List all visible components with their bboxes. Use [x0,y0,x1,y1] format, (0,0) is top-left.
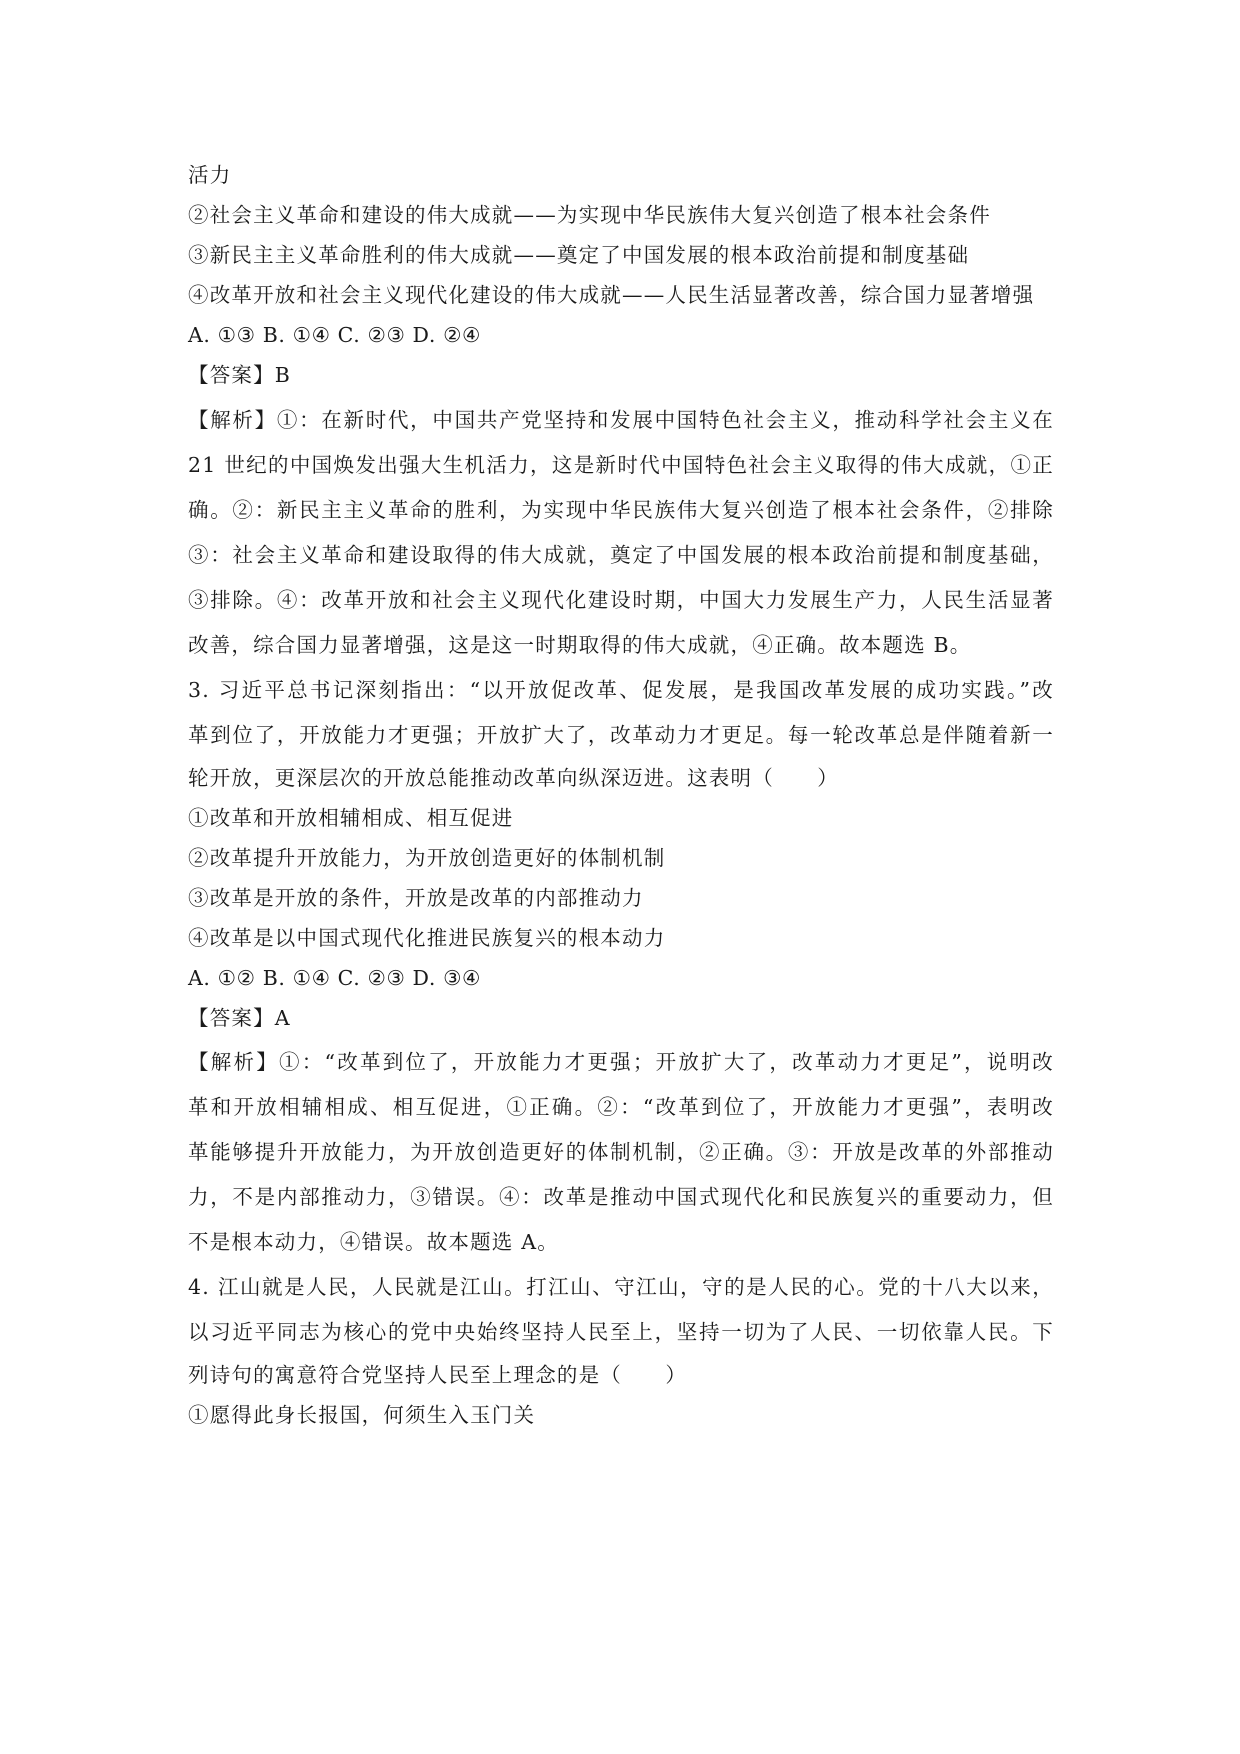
text-line: 改善，综合国力显著增强，这是这一时期取得的伟大成就，④正确。故本题选 B。 [188,631,1054,659]
text-line: ③新民主主义革命胜利的伟大成就——奠定了中国发展的根本政治前提和制度基础 [188,241,1054,269]
text-line: ③改革是开放的条件，开放是改革的内部推动力 [188,884,1054,912]
document-page: 活力②社会主义革命和建设的伟大成就——为实现中华民族伟大复兴创造了根本社会条件③… [0,0,1240,1754]
text-line: 力，不是内部推动力，③错误。④：改革是推动中国式现代化和民族复兴的重要动力，但 [188,1183,1054,1211]
text-line: 不是根本动力，④错误。故本题选 A。 [188,1228,1054,1256]
text-line: 活力 [188,161,1054,189]
text-line: A. ①③ B. ①④ C. ②③ D. ②④ [188,321,1054,349]
text-line: ③排除。④：改革开放和社会主义现代化建设时期，中国大力发展生产力，人民生活显著 [188,586,1054,614]
text-line: 【解析】①：“改革到位了，开放能力才更强；开放扩大了，改革动力才更足”，说明改 [188,1048,1054,1076]
text-line: A. ①② B. ①④ C. ②③ D. ③④ [188,964,1054,992]
text-line: ③：社会主义革命和建设取得的伟大成就，奠定了中国发展的根本政治前提和制度基础， [188,541,1054,569]
text-line: ②改革提升开放能力，为开放创造更好的体制机制 [188,844,1054,872]
text-line: ④改革是以中国式现代化推进民族复兴的根本动力 [188,924,1054,952]
text-line: ④改革开放和社会主义现代化建设的伟大成就——人民生活显著改善，综合国力显著增强 [188,281,1054,309]
text-line: 【答案】B [188,361,1054,389]
text-line: 确。②：新民主主义革命的胜利，为实现中华民族伟大复兴创造了根本社会条件，②排除 [188,496,1054,524]
text-line: 轮开放，更深层次的开放总能推动改革向纵深迈进。这表明（ ） [188,764,1054,792]
text-line: 以习近平同志为核心的党中央始终坚持人民至上，坚持一切为了人民、一切依靠人民。下 [188,1318,1054,1346]
text-line: 4. 江山就是人民，人民就是江山。打江山、守江山，守的是人民的心。党的十八大以来… [188,1273,1054,1301]
text-line: 3. 习近平总书记深刻指出：“以开放促改革、促发展，是我国改革发展的成功实践。”… [188,676,1054,704]
text-line: 【解析】①：在新时代，中国共产党坚持和发展中国特色社会主义，推动科学社会主义在 [188,406,1054,434]
text-line: ②社会主义革命和建设的伟大成就——为实现中华民族伟大复兴创造了根本社会条件 [188,201,1054,229]
text-line: 革能够提升开放能力，为开放创造更好的体制机制，②正确。③：开放是改革的外部推动 [188,1138,1054,1166]
text-line: 革和开放相辅相成、相互促进，①正确。②：“改革到位了，开放能力才更强”，表明改 [188,1093,1054,1121]
text-line: ①愿得此身长报国，何须生入玉门关 [188,1401,1054,1429]
text-line: 革到位了，开放能力才更强；开放扩大了，改革动力才更足。每一轮改革总是伴随着新一 [188,721,1054,749]
text-line: 【答案】A [188,1004,1054,1032]
text-line: 列诗句的寓意符合党坚持人民至上理念的是（ ） [188,1361,1054,1389]
text-line: 21 世纪的中国焕发出强大生机活力，这是新时代中国特色社会主义取得的伟大成就，①… [188,451,1054,479]
text-line: ①改革和开放相辅相成、相互促进 [188,804,1054,832]
